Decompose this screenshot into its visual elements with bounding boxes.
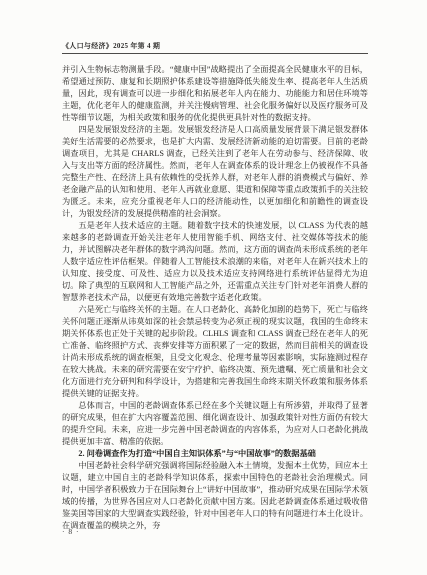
page-number: · 8 · [62,527,80,536]
journal-page: { "header": { "journal_issue": "《人口与经济》2… [0,0,427,575]
paragraph: 总体而言，中国的老龄调查体系已经在多个关键议题上有所涉猎，并取得了显著的研究成果… [62,400,368,448]
header-rule [62,53,368,54]
paragraph: 中国老龄社会科学研究强调将国际经验融入本土情境，发掘本土优势，回应本土议题，建立… [62,460,368,532]
paragraph: 五是老年人技术适应的主题。随着数字技术的快速发展，以 CLASS 为代表的越来越… [62,220,368,304]
body-text: 并引入生物标志物测量手段。“健康中国”战略提出了全面提高全民健康水平的目标，希望… [62,64,368,532]
paragraph: 四是发展银发经济的主题。发展银发经济是人口高质量发展背景下满足银发群体美好生活需… [62,124,368,220]
running-head: 《人口与经济》2025 年第 4 期 [62,41,368,51]
section-heading: 2. 问卷调查作为打造“中国自主知识体系”与“中国故事”的数据基础 [62,448,368,460]
page-background: 《人口与经济》2025 年第 4 期 并引入生物标志物测量手段。“健康中国”战略… [0,0,427,575]
paragraph: 并引入生物标志物测量手段。“健康中国”战略提出了全面提高全民健康水平的目标，希望… [62,64,368,124]
paragraph: 六是死亡与临终关怀的主题。在人口老龄化、高龄化加剧的趋势下，死亡与临终关怀问题正… [62,304,368,400]
